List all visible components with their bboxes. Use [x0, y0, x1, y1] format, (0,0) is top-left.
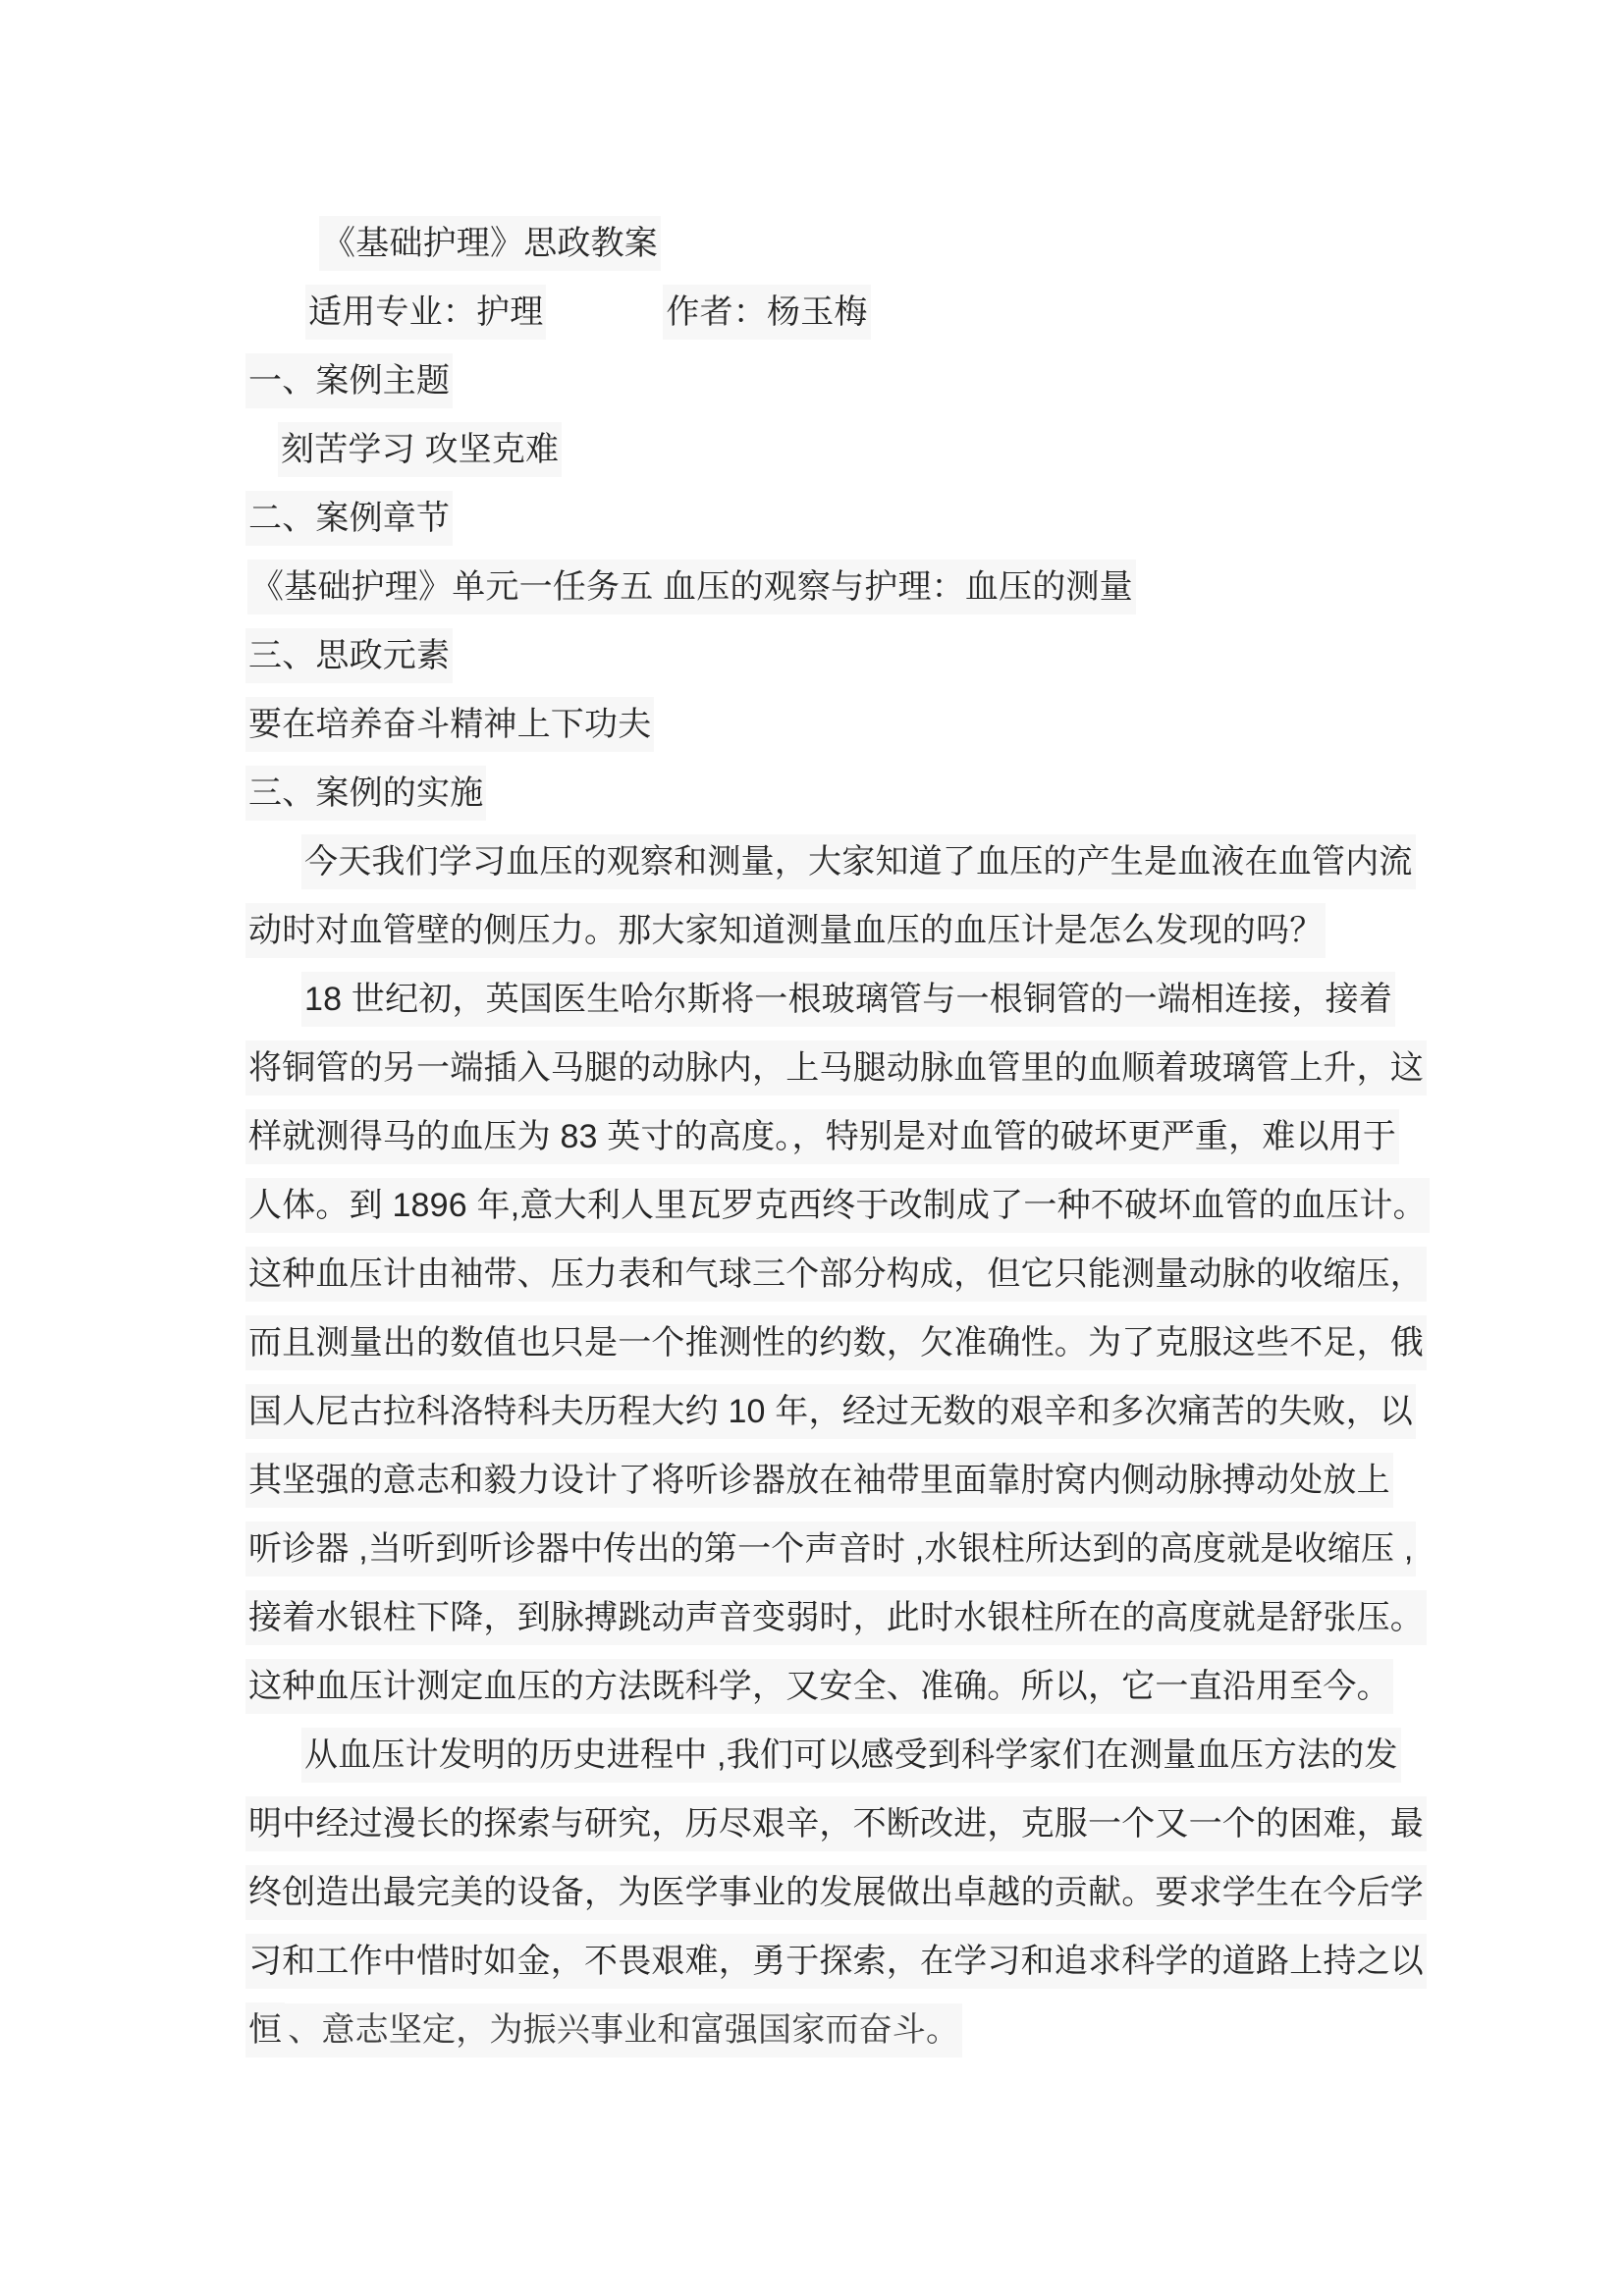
text-line: 《基础护理》思政教案 — [245, 209, 1388, 278]
text-line: 这种血压计由袖带、压力表和气球三个部分构成，但它只能测量动脉的收缩压， — [245, 1240, 1388, 1308]
text-line: 《基础护理》单元一任务五 血压的观察与护理：血压的测量 — [245, 553, 1388, 621]
line-text: 18 世纪初，英国医生哈尔斯将一根玻璃管与一根铜管的一端相连接，接着 — [301, 972, 1395, 1027]
text-line: 三、思政元素 — [245, 621, 1388, 690]
line-text: 一、案例主题 — [245, 353, 453, 408]
line-text: 而且测量出的数值也只是一个推测性的约数，欠准确性。为了克服这些不足，俄 — [245, 1315, 1427, 1370]
text-line: 二、案例章节 — [245, 484, 1388, 553]
line-text: 恒 — [245, 2002, 285, 2057]
meta-gap-spacer — [546, 322, 663, 323]
text-line: 三、案例的实施 — [245, 759, 1388, 828]
line-text: 作者：杨玉梅 — [663, 285, 870, 340]
line-text: 接着水银柱下降，到脉搏跳动声音变弱时，此时水银柱所在的高度就是舒张压。 — [245, 1590, 1427, 1645]
line-text: 《基础护理》思政教案 — [319, 216, 661, 271]
text-line: 从血压计发明的历史进程中 ,我们可以感受到科学家们在测量血压方法的发 — [245, 1721, 1388, 1789]
line-text: 这种血压计由袖带、压力表和气球三个部分构成，但它只能测量动脉的收缩压， — [245, 1247, 1427, 1302]
line-text: 动时对血管壁的侧压力。那大家知道测量血压的血压计是怎么发现的吗？ — [245, 903, 1326, 958]
line-text: 今天我们学习血压的观察和测量，大家知道了血压的产生是血液在血管内流 — [301, 834, 1416, 889]
text-line: 国人尼古拉科洛特科夫历程大约 10 年，经过无数的艰辛和多次痛苦的失败，以 — [245, 1377, 1388, 1446]
text-line: 接着水银柱下降，到脉搏跳动声音变弱时，此时水银柱所在的高度就是舒张压。 — [245, 1583, 1388, 1652]
line-text: 明中经过漫长的探索与研究，历尽艰辛，不断改进，克服一个又一个的困难，最 — [245, 1796, 1427, 1851]
line-text: 三、案例的实施 — [245, 766, 486, 821]
text-line: 今天我们学习血压的观察和测量，大家知道了血压的产生是血液在血管内流 — [245, 828, 1388, 896]
text-line: 习和工作中惜时如金，不畏艰难，勇于探索，在学习和追求科学的道路上持之以 — [245, 1927, 1388, 1996]
document-content: 《基础护理》思政教案适用专业：护理作者：杨玉梅一、案例主题刻苦学习 攻坚克难二、… — [245, 209, 1388, 2064]
line-text: 听诊器 ,当听到听诊器中传出的第一个声音时 ,水银柱所达到的高度就是收缩压 , — [245, 1522, 1416, 1576]
text-line: 动时对血管壁的侧压力。那大家知道测量血压的血压计是怎么发现的吗？ — [245, 896, 1388, 965]
text-line: 适用专业：护理作者：杨玉梅 — [245, 278, 1388, 347]
line-text: 二、案例章节 — [245, 491, 453, 546]
line-text: 其坚强的意志和毅力设计了将听诊器放在袖带里面靠肘窝内侧动脉搏动处放上 — [245, 1453, 1393, 1508]
text-line: 将铜管的另一端插入马腿的动脉内，上马腿动脉血管里的血顺着玻璃管上升，这 — [245, 1034, 1388, 1102]
line-text: 这种血压计测定血压的方法既科学，又安全、准确。所以，它一直沿用至今。 — [245, 1659, 1393, 1714]
text-line: 这种血压计测定血压的方法既科学，又安全、准确。所以，它一直沿用至今。 — [245, 1652, 1388, 1721]
line-text: 、意志坚定，为振兴事业和富强国家而奋斗。 — [285, 2003, 962, 2057]
text-line: 而且测量出的数值也只是一个推测性的约数，欠准确性。为了克服这些不足，俄 — [245, 1308, 1388, 1377]
text-line: 听诊器 ,当听到听诊器中传出的第一个声音时 ,水银柱所达到的高度就是收缩压 , — [245, 1515, 1388, 1583]
text-line: 一、案例主题 — [245, 347, 1388, 415]
line-text: 刻苦学习 攻坚克难 — [278, 422, 562, 477]
document-page: 《基础护理》思政教案适用专业：护理作者：杨玉梅一、案例主题刻苦学习 攻坚克难二、… — [0, 0, 1624, 2296]
text-line: 要在培养奋斗精神上下功夫 — [245, 690, 1388, 759]
line-text: 国人尼古拉科洛特科夫历程大约 10 年，经过无数的艰辛和多次痛苦的失败，以 — [245, 1384, 1416, 1439]
text-line: 刻苦学习 攻坚克难 — [245, 415, 1388, 484]
line-text: 人体。到 1896 年,意大利人里瓦罗克西终于改制成了一种不破坏血管的血压计。 — [245, 1178, 1430, 1233]
text-line: 终创造出最完美的设备，为医学事业的发展做出卓越的贡献。要求学生在今后学 — [245, 1858, 1388, 1927]
text-line: 明中经过漫长的探索与研究，历尽艰辛，不断改进，克服一个又一个的困难，最 — [245, 1789, 1388, 1858]
text-line: 人体。到 1896 年,意大利人里瓦罗克西终于改制成了一种不破坏血管的血压计。 — [245, 1171, 1388, 1240]
text-line: 样就测得马的血压为 83 英寸的高度。，特别是对血管的破坏更严重，难以用于 — [245, 1102, 1388, 1171]
line-text: 要在培养奋斗精神上下功夫 — [245, 697, 654, 752]
line-text: 《基础护理》单元一任务五 血压的观察与护理：血压的测量 — [247, 560, 1136, 614]
text-line: 其坚强的意志和毅力设计了将听诊器放在袖带里面靠肘窝内侧动脉搏动处放上 — [245, 1446, 1388, 1515]
line-text: 习和工作中惜时如金，不畏艰难，勇于探索，在学习和追求科学的道路上持之以 — [245, 1934, 1427, 1989]
line-text: 将铜管的另一端插入马腿的动脉内，上马腿动脉血管里的血顺着玻璃管上升，这 — [245, 1041, 1427, 1095]
text-line: 恒、意志坚定，为振兴事业和富强国家而奋斗。 — [245, 1996, 1388, 2064]
line-text: 适用专业：护理 — [305, 285, 546, 340]
line-text: 三、思政元素 — [245, 628, 453, 683]
line-text: 样就测得马的血压为 83 英寸的高度。，特别是对血管的破坏更严重，难以用于 — [245, 1109, 1399, 1164]
line-text: 从血压计发明的历史进程中 ,我们可以感受到科学家们在测量血压方法的发 — [301, 1728, 1401, 1783]
text-line: 18 世纪初，英国医生哈尔斯将一根玻璃管与一根铜管的一端相连接，接着 — [245, 965, 1388, 1034]
line-text: 终创造出最完美的设备，为医学事业的发展做出卓越的贡献。要求学生在今后学 — [245, 1865, 1427, 1920]
